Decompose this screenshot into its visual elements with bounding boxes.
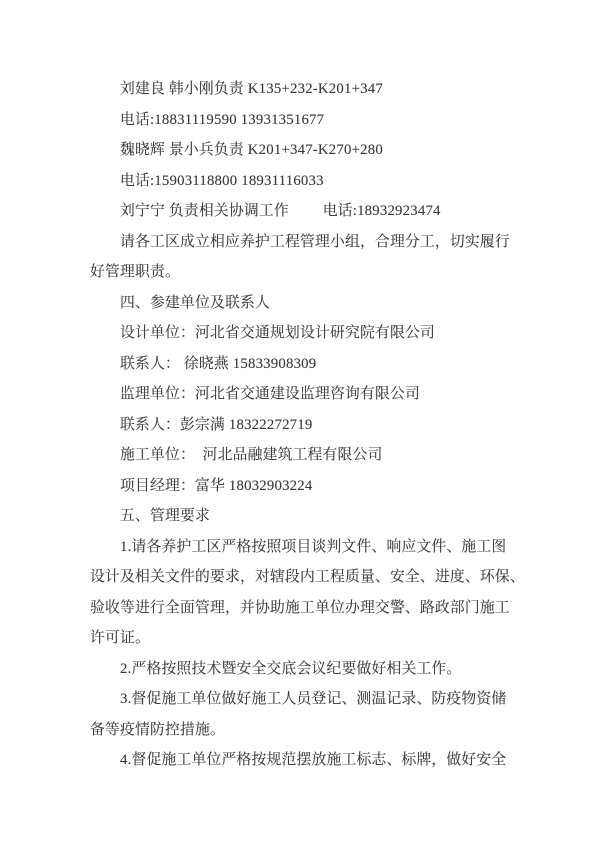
text-line-contact-1: 刘建良 韩小刚负责 K135+232-K201+347 xyxy=(90,74,560,105)
text-line-req-4: 4.督促施工单位严格按规范摆放施工标志、标牌，做好安全 xyxy=(90,745,560,776)
text-line-contact-2: 魏晓辉 景小兵负责 K201+347-K270+280 xyxy=(90,135,560,166)
text-line-work-group-1: 请各工区成立相应养护工程管理小组，合理分工，切实履行 xyxy=(90,227,560,258)
text-line-req-3b: 备等疫情防控措施。 xyxy=(90,715,560,746)
text-line-coordinator: 刘宁宁 负责相关协调工作 电话:18932923474 xyxy=(90,196,560,227)
text-line-work-group-2: 好管理职责。 xyxy=(90,257,560,288)
document-body: 刘建良 韩小刚负责 K135+232-K201+347 电话:188311195… xyxy=(90,74,560,776)
text-line-req-1b: 设计及相关文件的要求，对辖段内工程质量、安全、进度、环保、 xyxy=(90,562,560,593)
text-line-project-manager: 项目经理：富华 18032903224 xyxy=(90,471,560,502)
text-line-req-1a: 1.请各养护工区严格按照项目谈判文件、响应文件、施工图 xyxy=(90,532,560,563)
text-line-req-2: 2.严格按照技术暨安全交底会议纪要做好相关工作。 xyxy=(90,654,560,685)
text-line-phone-2: 电话:15903118800 18931116033 xyxy=(90,166,560,197)
text-line-supervision-unit: 监理单位：河北省交通建设监理咨询有限公司 xyxy=(90,379,560,410)
text-line-req-1d: 许可证。 xyxy=(90,623,560,654)
text-line-req-3a: 3.督促施工单位做好施工人员登记、测温记录、防疫物资储 xyxy=(90,684,560,715)
text-line-phone-1: 电话:18831119590 13931351677 xyxy=(90,105,560,136)
text-line-construction-unit: 施工单位： 河北品融建筑工程有限公司 xyxy=(90,440,560,471)
text-line-supervision-contact: 联系人：彭宗满 18322272719 xyxy=(90,410,560,441)
document-page: 刘建良 韩小刚负责 K135+232-K201+347 电话:188311195… xyxy=(0,0,600,848)
text-line-design-contact: 联系人： 徐晓燕 15833908309 xyxy=(90,349,560,380)
text-line-design-unit: 设计单位：河北省交通规划设计研究院有限公司 xyxy=(90,318,560,349)
section-heading-4: 四、参建单位及联系人 xyxy=(90,288,560,319)
text-line-req-1c: 验收等进行全面管理，并协助施工单位办理交警、路政部门施工 xyxy=(90,593,560,624)
section-heading-5: 五、管理要求 xyxy=(90,501,560,532)
